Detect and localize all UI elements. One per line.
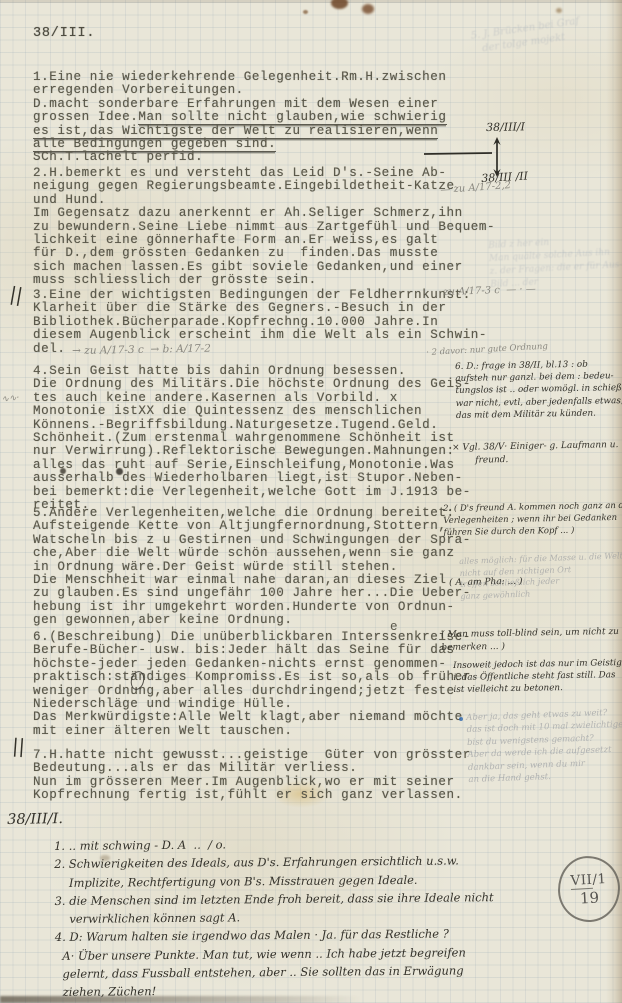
- text-segment: del.: [33, 342, 65, 356]
- handwritten-line: ||: [11, 734, 26, 760]
- text-segment: SCh.T.lächelt perfid.: [33, 150, 203, 164]
- stamp-denominator: 1: [597, 871, 607, 887]
- text-segment: sich machen lassen.Es gibt soviele Gedan…: [33, 260, 463, 274]
- text-segment: 5.Andere Verlegenheiten,welche die Ordnu…: [33, 506, 455, 520]
- typed-line: Schönheit.(Zum erstenmal wahrgenommene S…: [33, 432, 493, 445]
- text-segment: Nun im grösseren Meer.Im Augenblick,wo e…: [33, 775, 455, 789]
- typed-line: weniger Ordnung,aber alles durchdringend…: [33, 685, 493, 698]
- typed-section: 7.H.hatte nicht gewusst...geistige Güter…: [33, 749, 493, 803]
- typed-line: Im Gegensatz dazu anerkennt er Ah.Selige…: [33, 207, 493, 220]
- typed-section: 4.Sein Geist hatte bis dahin Ordnung bes…: [33, 365, 493, 512]
- typed-line: und Hund.: [33, 194, 493, 207]
- typed-line: zu glauben.Es sind ungefähr 100 Jahre he…: [33, 587, 493, 600]
- text-segment: Aufsteigende Kette von Altjungfernordnun…: [33, 519, 446, 533]
- typed-line: D.macht sonderbare Erfahrungen mit dem W…: [33, 98, 493, 111]
- pencil-squiggle: ∿∿·: [1, 393, 20, 407]
- text-segment: Könnens.-Begriffsbildung.Naturgesetze.Tu…: [33, 418, 438, 432]
- ink-note-frage: 6. D.: frage in 38/II, bl.13 : obaufsteh…: [455, 358, 622, 422]
- typed-line: Die Ordnung des Militärs.Die höchste Ord…: [33, 378, 493, 391]
- typed-line: tes auch keine andere.Kasernen als Vorbi…: [33, 392, 493, 405]
- typed-line: Kopfrechnung fertig ist,fühlt er sich ga…: [33, 789, 493, 802]
- text-segment: 7.H.hatte nicht gewusst...geistige Güter…: [33, 748, 471, 762]
- ref-mark-38-III-I: 38/III/I: [486, 120, 525, 135]
- ink-note-a: ( A. am Pha: ... ): [449, 577, 523, 590]
- handwritten-line: ( A. am Pha: ... ): [449, 577, 523, 590]
- stamp-page-number: 19: [579, 888, 599, 907]
- text-segment: 1.Eine nie wiederkehrende Gelegenheit.Rm…: [33, 70, 446, 84]
- text-segment: 2.H.bemerkt es und versteht das Leid D's…: [33, 166, 446, 180]
- handwritten-line: 2. Schwierigkeiten des Ideals, aus D's. …: [54, 851, 493, 873]
- text-segment: D.macht sonderbare Erfahrungen mit dem W…: [33, 97, 438, 111]
- handwritten-line: ∿∿·: [1, 393, 20, 407]
- typed-line: che,Aber die Welt würde schön aussehen,w…: [33, 547, 493, 560]
- typed-line: 5.Andere Verlegenheiten,welche die Ordnu…: [33, 507, 493, 520]
- text-segment: alles das ruht auf Serie,Einschleifung,M…: [33, 458, 455, 472]
- stamp-folder-number: VII/1: [570, 871, 607, 889]
- text-segment: Die Ordnung des Militärs.Die höchste Ord…: [33, 377, 471, 391]
- text-segment: erregenden Vorbereitungen.: [33, 83, 244, 97]
- ink-note-freund: 2. ( D's freund A. kommen noch ganz an d…: [443, 500, 622, 539]
- text-segment: Die Menschheit war einmal nahe daran,an …: [33, 573, 446, 587]
- typed-section: 5.Andere Verlegenheiten,welche die Ordnu…: [33, 507, 493, 628]
- typed-line: hebung ist ihr umgekehrt worden.Hunderte…: [33, 601, 493, 614]
- typed-line: ausserhalb des Wiederholbaren liegt,ist …: [33, 472, 493, 485]
- typed-line: Niederschläge und windige Hülle.: [33, 698, 493, 711]
- pencil-note-masse: alles möglich: für die Masse u. die Welt…: [459, 550, 622, 602]
- typed-line: Die Menschheit war einmal nahe daran,an …: [33, 574, 493, 587]
- text-segment: Watscheln bis z u Gestirnen und Schwingu…: [33, 533, 471, 547]
- typed-line: Das Merkwürdigste:Alle Welt klagt,aber n…: [33, 711, 493, 724]
- handwritten-line: 38/III/I: [486, 120, 525, 135]
- text-segment: nur Verwirrung).Reflektorische Bewegunge…: [33, 444, 455, 458]
- text-segment: neigung gegen Regierungsbeamte.Eingebild…: [33, 179, 455, 193]
- text-segment: 4.Sein Geist hatte bis dahin Ordnung bes…: [33, 364, 406, 378]
- typed-line: Aufsteigende Kette von Altjungfernordnun…: [33, 520, 493, 533]
- text-segment: Schönheit.(Zum erstenmal wahrgenommene S…: [33, 431, 455, 445]
- text-segment: mit einer älteren Welt tauschen.: [33, 724, 292, 738]
- bleedthrough-mid: Bild z her einMan quälte solche Aus ihnz…: [488, 233, 622, 292]
- stamp-numerator: VII: [570, 871, 593, 889]
- typed-section: 6.(Beschreibung) Die unüberblickbaren In…: [33, 631, 493, 738]
- text-segment: praktisch:ständiges Kompromiss.Es ist so…: [33, 670, 471, 684]
- handwritten-heading: 38/III/I.: [7, 810, 63, 830]
- handwritten-line: e: [390, 619, 398, 635]
- typed-line: für D.,dem grössten Gedanken zu finden.D…: [33, 247, 493, 260]
- text-segment: che,Aber die Welt würde schön aussehen,w…: [33, 546, 455, 560]
- text-segment: Im Gegensatz dazu anerkennt er Ah.Selige…: [33, 206, 463, 220]
- text-segment: hebung ist ihr umgekehrt worden.Hunderte…: [33, 600, 455, 614]
- text-segment: Das Merkwürdigste:Alle Welt klagt,aber n…: [33, 710, 463, 724]
- typed-line: Klarheit über die Stärke des Gegners.-Be…: [33, 302, 493, 315]
- typed-line: Watscheln bis z u Gestirnen und Schwingu…: [33, 534, 493, 547]
- page-label: 38/III.: [33, 26, 95, 41]
- typed-line: alles das ruht auf Serie,Einschleifung,M…: [33, 459, 493, 472]
- text-segment: Bibliothek.Bücherparade.Kopfrechng.10.00…: [33, 315, 438, 329]
- text-segment: gen gewonnen,aber keine Ordnung.: [33, 613, 292, 627]
- text-segment: Kopfrechnung fertig ist,fühlt er sich ga…: [33, 788, 463, 802]
- typed-line: Bibliothek.Bücherparade.Kopfrechng.10.00…: [33, 316, 493, 329]
- typed-line: gen gewonnen,aber keine Ordnung.: [33, 614, 493, 627]
- typed-line: bei bemerkt:die Verlegenheit,welche Gott…: [33, 486, 493, 499]
- text-segment: bei bemerkt:die Verlegenheit,welche Gott…: [33, 485, 471, 499]
- typed-line: 1.Eine nie wiederkehrende Gelegenheit.Rm…: [33, 71, 493, 84]
- typed-line: diesem Augenblick erscheint ihm die Welt…: [33, 329, 493, 342]
- typed-e-correction: e: [390, 619, 398, 635]
- text-segment: ausserhalb des Wiederholbaren liegt,ist …: [33, 471, 463, 485]
- underlined-text: Man sollte nicht glauben,wie schwierig: [138, 110, 446, 125]
- text-segment: weniger Ordnung,aber alles durchdringend…: [33, 684, 455, 698]
- text-segment: lichkeit eine gönnerhafte Form an.Er wei…: [33, 233, 438, 247]
- text-segment: in Ordnung wäre.Der Geist würde still st…: [33, 560, 398, 574]
- margin-mark-2: ||: [11, 734, 26, 760]
- typed-line: Berufe-Bücher- usw. bis:Jeder hält das S…: [33, 644, 493, 657]
- typed-line: zu bewundern.Seine Liebe nimmt aus Zartg…: [33, 221, 493, 234]
- typed-line: mit einer älteren Welt tauschen.: [33, 725, 493, 738]
- typed-line: nur Verwirrung).Reflektorische Bewegunge…: [33, 445, 493, 458]
- typed-line: sich machen lassen.Es gibt soviele Gedan…: [33, 261, 493, 274]
- text-segment: muss schliesslich der grösste sein.: [33, 273, 317, 287]
- typed-line: 6.(Beschreibung) Die unüberblickbaren In…: [33, 631, 493, 644]
- blue-pencil-dot: [459, 717, 463, 721]
- text-segment: für D.,dem grössten Gedanken zu finden.D…: [33, 246, 438, 260]
- handwritten-list: 1. .. mit schwing - D. A .. / o.2. Schwi…: [54, 833, 495, 1001]
- text-segment: höchste-jeder jeden Gedanken-nichts erns…: [33, 657, 446, 671]
- typed-line: erregenden Vorbereitungen.: [33, 84, 493, 97]
- typed-line: 3.Eine der wichtigsten Bedingungen der F…: [33, 289, 493, 302]
- typed-line: Monotonie istXX die Quintessenz des mens…: [33, 405, 493, 418]
- handwritten-line: ziehen, Züchen!: [55, 980, 494, 1002]
- text-segment: Niederschläge und windige Hülle.: [33, 697, 292, 711]
- text-segment: 3.Eine der wichtigsten Bedingungen der F…: [33, 288, 471, 302]
- text-segment: zu bewundern.Seine Liebe nimmt aus Zartg…: [33, 220, 495, 234]
- typed-line: Könnens.-Begriffsbildung.Naturgesetze.Tu…: [33, 419, 493, 432]
- typed-line: muss schliesslich der grösste sein.: [33, 274, 493, 287]
- handwritten-line: → zu A/17-3 c → b: A/17-2: [72, 343, 211, 359]
- handwritten-line: 38/III/I.: [7, 810, 63, 830]
- text-segment: Bedeutung...als er das Militär verliess.: [33, 761, 357, 775]
- text-segment: grossen Idee.: [33, 110, 138, 124]
- text-segment: Klarheit über die Stärke des Gegners.-Be…: [33, 301, 446, 315]
- typed-line: Bedeutung...als er das Militär verliess.: [33, 762, 493, 775]
- text-segment: und Hund.: [33, 193, 106, 207]
- typed-line: höchste-jeder jeden Gedanken-nichts erns…: [33, 658, 493, 671]
- text-segment: diesem Augenblick erscheint ihm die Welt…: [33, 328, 487, 342]
- text-segment: zu glauben.Es sind ungefähr 100 Jahre he…: [33, 586, 471, 600]
- typed-line: Nun im grösseren Meer.Im Augenblick,wo e…: [33, 776, 493, 789]
- text-segment: 6.(Beschreibung) Die unüberblickbaren In…: [33, 630, 471, 644]
- ink-note-vgl: × Vgl. 38/V· Einiger- g. Laufmann u. fre…: [452, 439, 619, 468]
- typed-line: lichkeit eine gönnerhafte Form an.Er wei…: [33, 234, 493, 247]
- typed-line: in Ordnung wäre.Der Geist würde still st…: [33, 561, 493, 574]
- text-segment: Monotonie istXX die Quintessenz des mens…: [33, 404, 422, 418]
- text-segment: tes auch keine andere.Kasernen als Vorbi…: [33, 391, 398, 405]
- ink-note-insoweit: Insoweit jedoch ist das nur im Geistigen…: [453, 657, 622, 697]
- typed-line: grossen Idee.Man sollte nicht glauben,wi…: [33, 111, 493, 124]
- pencil-note-aber: Aber ja, das geht etwas zu weit?das ist …: [466, 706, 622, 786]
- typed-line: praktisch:ständiges Kompromiss.Es ist so…: [33, 671, 493, 684]
- text-segment: Berufe-Bücher- usw. bis:Jeder hält das S…: [33, 643, 455, 657]
- typed-line: 7.H.hatte nicht gewusst...geistige Güter…: [33, 749, 493, 762]
- typed-line: 4.Sein Geist hatte bis dahin Ordnung bes…: [33, 365, 493, 378]
- pencil-interline-ref: → zu A/17-3 c → b: A/17-2: [72, 343, 211, 359]
- ink-note-blind: ( Man muss toll-blind sein, um nicht zub…: [441, 626, 619, 654]
